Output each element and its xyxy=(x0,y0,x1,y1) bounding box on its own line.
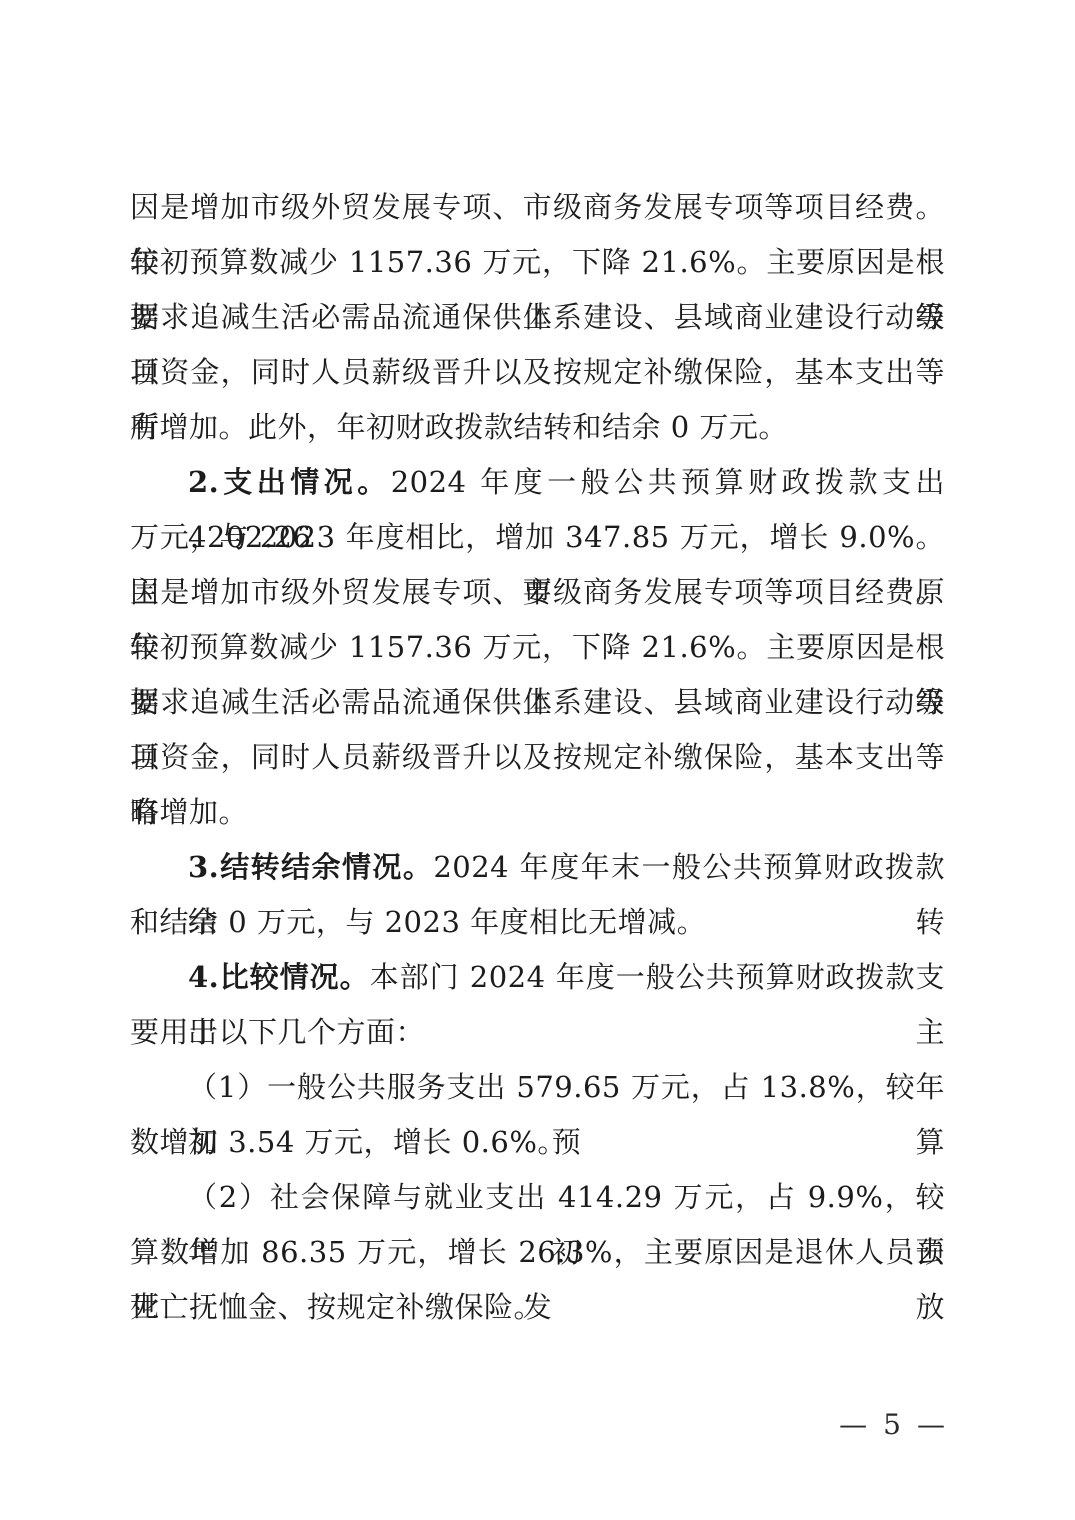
paragraph-expenditure: 2.支出情况。2024 年度一般公共预算财政拨款支出 4202.26 万元，与 … xyxy=(130,455,945,840)
text-line: 所增加。此外，年初财政拨款结转和结余 0 万元。 xyxy=(130,400,945,455)
text-line: 因是增加市级外贸发展专项、市级商务发展专项等项目经费。较 xyxy=(130,180,945,235)
footer-dash-left: — xyxy=(839,1408,867,1441)
text-line: 3.结转结余情况。2024 年度年末一般公共预算财政拨款结转 xyxy=(130,840,945,895)
text-line: 要求追减生活必需品流通保供体系建设、县域商业建设行动等项 xyxy=(130,290,945,345)
section-heading: 2.支出情况。 xyxy=(188,465,391,499)
text-line: （1）一般公共服务支出 579.65 万元，占 13.8%，较年初预算 xyxy=(130,1060,945,1115)
paragraph-item-2: （2）社会保障与就业支出 414.29 万元，占 9.9%，较年初预 算数增加 … xyxy=(130,1170,945,1335)
text-line: 算数增加 86.35 万元，增长 26.3%，主要原因是退休人员去世发放 xyxy=(130,1225,945,1280)
page-footer: — 5 — xyxy=(839,1408,945,1441)
paragraph-comparison: 4.比较情况。本部门 2024 年度一般公共预算财政拨款支出主 要用于以下几个方… xyxy=(130,950,945,1060)
section-heading: 3.结转结余情况。 xyxy=(188,850,433,884)
text-line: 年初预算数减少 1157.36 万元，下降 21.6%。主要原因是根据上级 xyxy=(130,620,945,675)
paragraph-continuation: 因是增加市级外贸发展专项、市级商务发展专项等项目经费。较 年初预算数减少 115… xyxy=(130,180,945,455)
text-line: 目资金，同时人员薪级晋升以及按规定补缴保险，基本支出等有 xyxy=(130,345,945,400)
paragraph-carryover: 3.结转结余情况。2024 年度年末一般公共预算财政拨款结转 和结余 0 万元，… xyxy=(130,840,945,950)
paragraph-item-1: （1）一般公共服务支出 579.65 万元，占 13.8%，较年初预算 数增加 … xyxy=(130,1060,945,1170)
text-line: 要求追减生活必需品流通保供体系建设、县域商业建设行动等项 xyxy=(130,675,945,730)
text-line: 年初预算数减少 1157.36 万元，下降 21.6%。主要原因是根据上级 xyxy=(130,235,945,290)
section-heading: 4.比较情况。 xyxy=(188,960,370,994)
text-line: 因是增加市级外贸发展专项、市级商务发展专项等项目经费。较 xyxy=(130,565,945,620)
text-line: 有增加。 xyxy=(130,785,945,840)
text-line: 2.支出情况。2024 年度一般公共预算财政拨款支出 4202.26 xyxy=(130,455,945,510)
page-number: 5 xyxy=(883,1408,901,1441)
footer-dash-right: — xyxy=(917,1408,945,1441)
document-body: 因是增加市级外贸发展专项、市级商务发展专项等项目经费。较 年初预算数减少 115… xyxy=(130,180,945,1335)
text-line: 目资金，同时人员薪级晋升以及按规定补缴保险，基本支出等略 xyxy=(130,730,945,785)
document-page: 因是增加市级外贸发展专项、市级商务发展专项等项目经费。较 年初预算数减少 115… xyxy=(0,0,1075,1520)
text-line: （2）社会保障与就业支出 414.29 万元，占 9.9%，较年初预 xyxy=(130,1170,945,1225)
text-line: 4.比较情况。本部门 2024 年度一般公共预算财政拨款支出主 xyxy=(130,950,945,1005)
text-line: 万元，与 2023 年度相比，增加 347.85 万元，增长 9.0%。主要原 xyxy=(130,510,945,565)
